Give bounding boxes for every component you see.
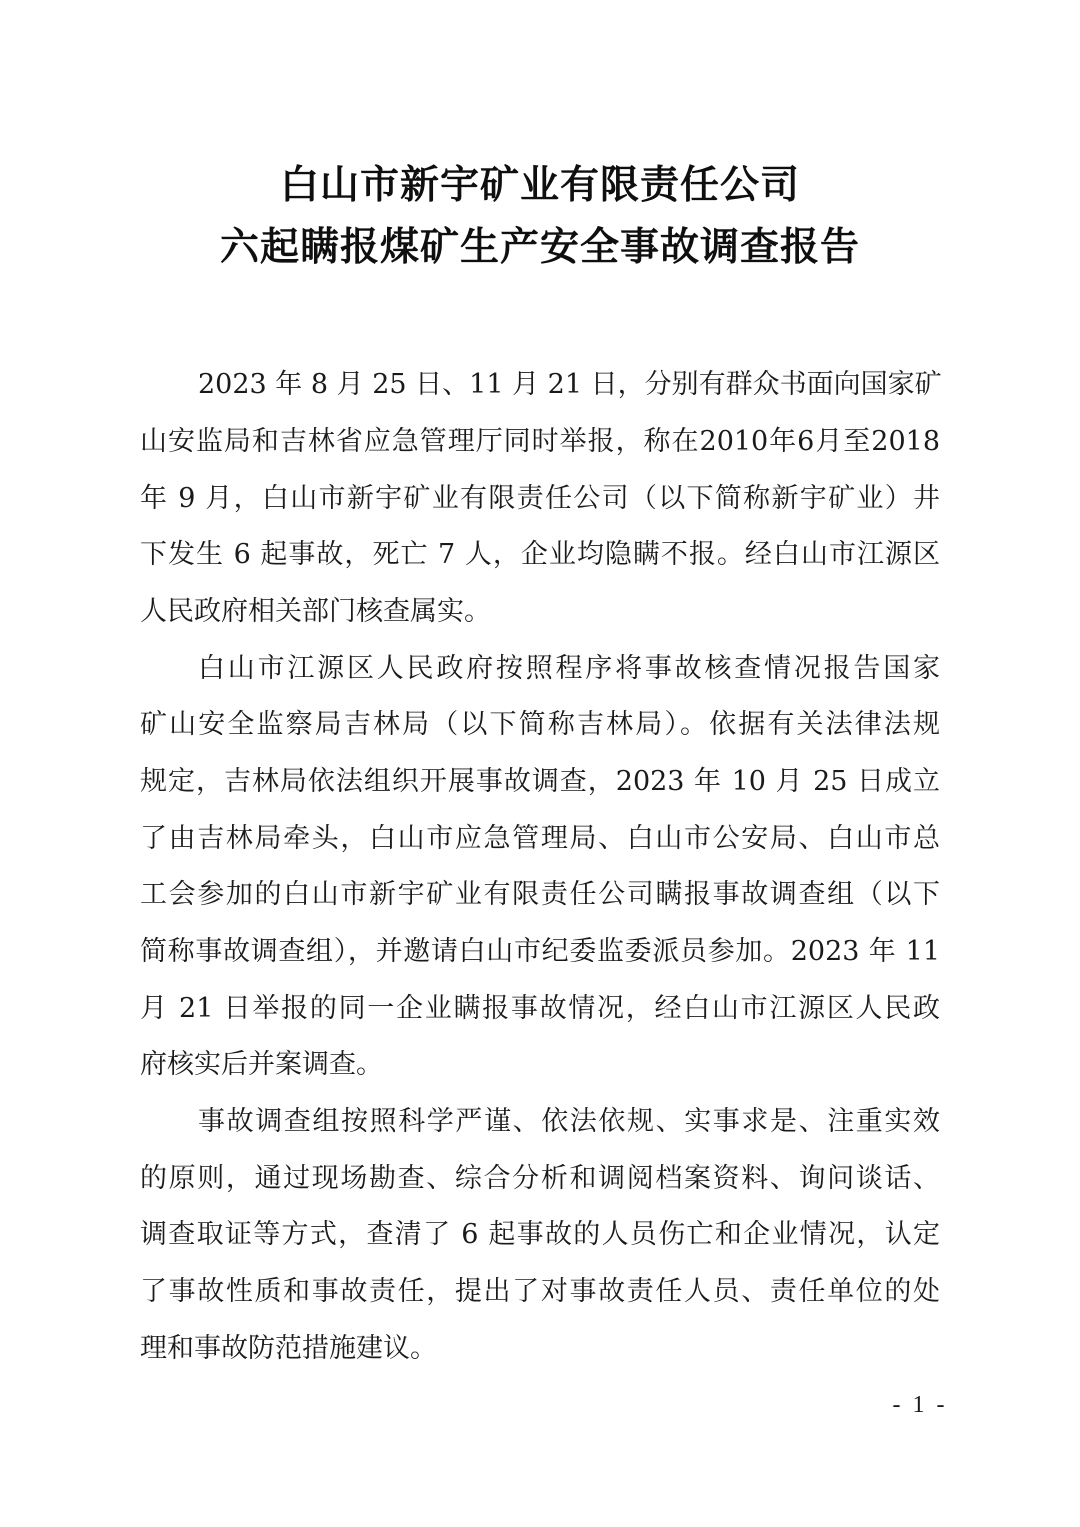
paragraph-line: 人民政府相关部门核查属实。 bbox=[140, 595, 940, 629]
paragraph-line: 山安监局和吉林省应急管理厅同时举报，称在2010年6月至2018 bbox=[140, 425, 940, 459]
paragraph-line: 了事故性质和事故责任，提出了对事故责任人员、责任单位的处 bbox=[140, 1275, 940, 1309]
paragraph-line: 工会参加的白山市新宇矿业有限责任公司瞒报事故调查组（以下 bbox=[140, 878, 940, 912]
paragraph-line: 白山市江源区人民政府按照程序将事故核查情况报告国家 bbox=[198, 652, 940, 686]
paragraph-line: 矿山安全监察局吉林局（以下简称吉林局）。依据有关法律法规 bbox=[140, 708, 940, 742]
paragraph-line: 2023 年 8 月 25 日、11 月 21 日，分别有群众书面向国家矿 bbox=[198, 368, 940, 402]
paragraph-line: 简称事故调查组），并邀请白山市纪委监委派员参加。2023 年 11 bbox=[140, 935, 940, 969]
document-page: 白山市新宇矿业有限责任公司 六起瞒报煤矿生产安全事故调查报告 2023 年 8 … bbox=[0, 0, 1080, 1527]
paragraph-line: 下发生 6 起事故，死亡 7 人，企业均隐瞒不报。经白山市江源区 bbox=[140, 538, 940, 572]
report-title-line-2: 六起瞒报煤矿生产安全事故调查报告 bbox=[0, 227, 1080, 267]
page-number: - 1 - bbox=[890, 1390, 950, 1420]
paragraph-line: 的原则，通过现场勘查、综合分析和调阅档案资料、询问谈话、 bbox=[140, 1162, 940, 1196]
paragraph-line: 理和事故防范措施建议。 bbox=[140, 1332, 940, 1366]
paragraph-line: 年 9 月，白山市新宇矿业有限责任公司（以下简称新宇矿业）井 bbox=[140, 482, 940, 516]
paragraph-line: 调查取证等方式，查清了 6 起事故的人员伤亡和企业情况，认定 bbox=[140, 1218, 940, 1252]
paragraph-line: 府核实后并案调查。 bbox=[140, 1048, 940, 1082]
paragraph-line: 事故调查组按照科学严谨、依法依规、实事求是、注重实效 bbox=[198, 1105, 940, 1139]
paragraph-line: 规定，吉林局依法组织开展事故调查，2023 年 10 月 25 日成立 bbox=[140, 765, 940, 799]
report-title-line-1: 白山市新宇矿业有限责任公司 bbox=[0, 165, 1080, 205]
paragraph-line: 月 21 日举报的同一企业瞒报事故情况，经白山市江源区人民政 bbox=[140, 992, 940, 1026]
paragraph-line: 了由吉林局牵头，白山市应急管理局、白山市公安局、白山市总 bbox=[140, 822, 940, 856]
